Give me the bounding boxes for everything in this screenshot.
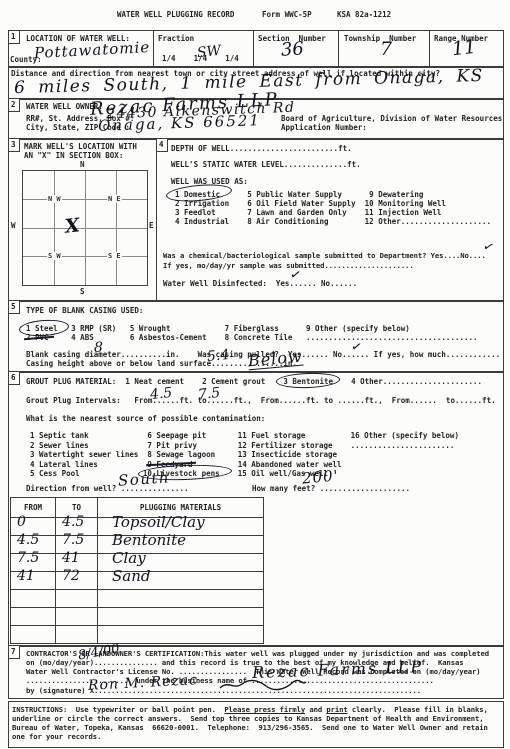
to-value: 4.5 (62, 515, 97, 529)
casing-diameter-value: 8 (94, 341, 103, 355)
compass-east-label: E (149, 221, 154, 230)
static-water-level-line: WELL'S STATIC WATER LEVEL..............f… (171, 160, 361, 169)
section6-number: 6 (9, 372, 20, 385)
sample-submitted-line: Was a chemical/bacteriological sample su… (163, 251, 486, 261)
instructions-underline2: print (326, 705, 347, 714)
if-yes-sample-line: If yes, mo/day/yr sample was submitted..… (163, 261, 414, 271)
section-grid: N W N E S W S E X (22, 170, 148, 286)
plugging-materials-table: FROM TO PLUGGING MATERIALS 0 4.5 Topsoil… (10, 497, 264, 644)
section3-number: 3 (9, 139, 20, 152)
section1-number: 1 (9, 31, 20, 44)
form-number: Form WWC-5P (262, 10, 312, 19)
disinfected-line: Water Well Disinfected: Yes...... No....… (163, 279, 357, 288)
contamination-question: What is the nearest source of possible c… (26, 414, 265, 423)
section5-number: 5 (9, 301, 20, 314)
instructions-underline1: Please press firmly (224, 705, 305, 714)
grid-line (23, 228, 147, 229)
instructions-seg1: INSTRUCTIONS: Use typewriter or ball poi… (12, 705, 224, 714)
interval-to-value: 7.5 (197, 386, 221, 402)
contamination-line: 2 Sewer lines 7 Pit privy 12 Fertilizer … (30, 441, 454, 450)
from-value: 7.5 (17, 551, 55, 565)
casing-height-value: 5.4 (206, 348, 229, 364)
interval-from-value: 4.5 (149, 386, 173, 402)
table-row (11, 626, 264, 644)
water-well-plugging-record-form: WATER WELL PLUGGING RECORD Form WWC-5P K… (0, 0, 510, 749)
grid-line (23, 256, 147, 257)
divider (153, 31, 154, 67)
material-value: Sand (112, 569, 263, 584)
contamination-line: 3 Watertight sewer lines 8 Sewage lagoon… (30, 450, 337, 459)
grid-line (23, 199, 147, 200)
grout-intervals-line: Grout Plug Intervals: From......ft. to..… (26, 396, 496, 405)
from-value: 41 (17, 569, 55, 583)
from-value: 4.5 (17, 533, 55, 547)
range-number-value: 11 (451, 38, 477, 59)
section2-number: 2 (9, 99, 20, 112)
instructions-seg3: clearly. Please fill in blanks, (348, 705, 488, 714)
table-row (11, 608, 264, 626)
grid-se-label: S E (107, 252, 122, 260)
material-value: Topsoil/Clay (112, 515, 263, 530)
to-value: 7.5 (62, 533, 97, 547)
from-value: 0 (17, 515, 55, 529)
section3-heading-line1: MARK WELL'S LOCATION WITH (24, 142, 137, 151)
feet-value: 200' (301, 468, 339, 486)
table-row: 41 72 Sand (11, 572, 264, 590)
agency-label: Board of Agriculture, Division of Water … (281, 114, 502, 123)
how-many-feet-label: How many feet? .................... (252, 484, 410, 493)
use-option-line: 2 Irrigation 6 Oil Field Water Supply 10… (175, 199, 446, 208)
divider (156, 139, 157, 301)
section7-number: 7 (9, 646, 20, 659)
section3-heading-line2: AN "X" IN SECTION BOX: (24, 151, 123, 160)
instructions-seg2: and (305, 705, 326, 714)
table-row (11, 590, 264, 608)
divider (429, 31, 430, 67)
instructions-line4: one for your records. (12, 732, 101, 742)
fraction-label: Fraction (158, 34, 194, 43)
signature-flourish (218, 678, 308, 692)
section4-number: 4 (157, 139, 168, 152)
casing-option-row1: 1 Steel 3 RMP (SR) 5 Wrought 7 Fiberglas… (26, 324, 410, 333)
to-value: 72 (62, 569, 97, 583)
grid-ne-label: N E (107, 195, 122, 203)
contamination-line: 1 Septic tank 6 Seepage pit 11 Fuel stor… (30, 431, 459, 440)
compass-north-label: N (80, 160, 85, 169)
depth-of-well-line: DEPTH OF WELL........................ft. (171, 144, 352, 153)
well-location-x-mark: X (64, 216, 81, 236)
compass-south-label: S (80, 287, 85, 296)
material-value: Bentonite (112, 533, 263, 548)
use-option-line: 4 Industrial 8 Air Conditioning 12 Other… (175, 217, 491, 226)
application-number-label: Application Number: (281, 123, 367, 132)
use-option-line: 3 Feedlot 7 Lawn and Garden Only 11 Inje… (175, 208, 441, 217)
form-title: WATER WELL PLUGGING RECORD (117, 10, 234, 19)
grout-material-line: GROUT PLUG MATERIAL: 1 Neat cement 2 Cem… (26, 377, 482, 386)
material-value: Clay (112, 551, 263, 566)
form-statute: KSA 82a-1212 (337, 10, 391, 19)
compass-west-label: W (11, 221, 16, 230)
divider (253, 31, 254, 67)
section-number-value: 36 (280, 40, 304, 60)
section5-heading: TYPE OF BLANK CASING USED: (26, 306, 143, 315)
grid-nw-label: N W (47, 195, 62, 203)
grid-sw-label: S W (47, 252, 62, 260)
divider (338, 31, 339, 67)
to-value: 41 (62, 551, 97, 565)
direction-value: South (118, 470, 171, 489)
fraction-value: SW (196, 44, 221, 60)
township-number-value: 7 (380, 40, 392, 59)
